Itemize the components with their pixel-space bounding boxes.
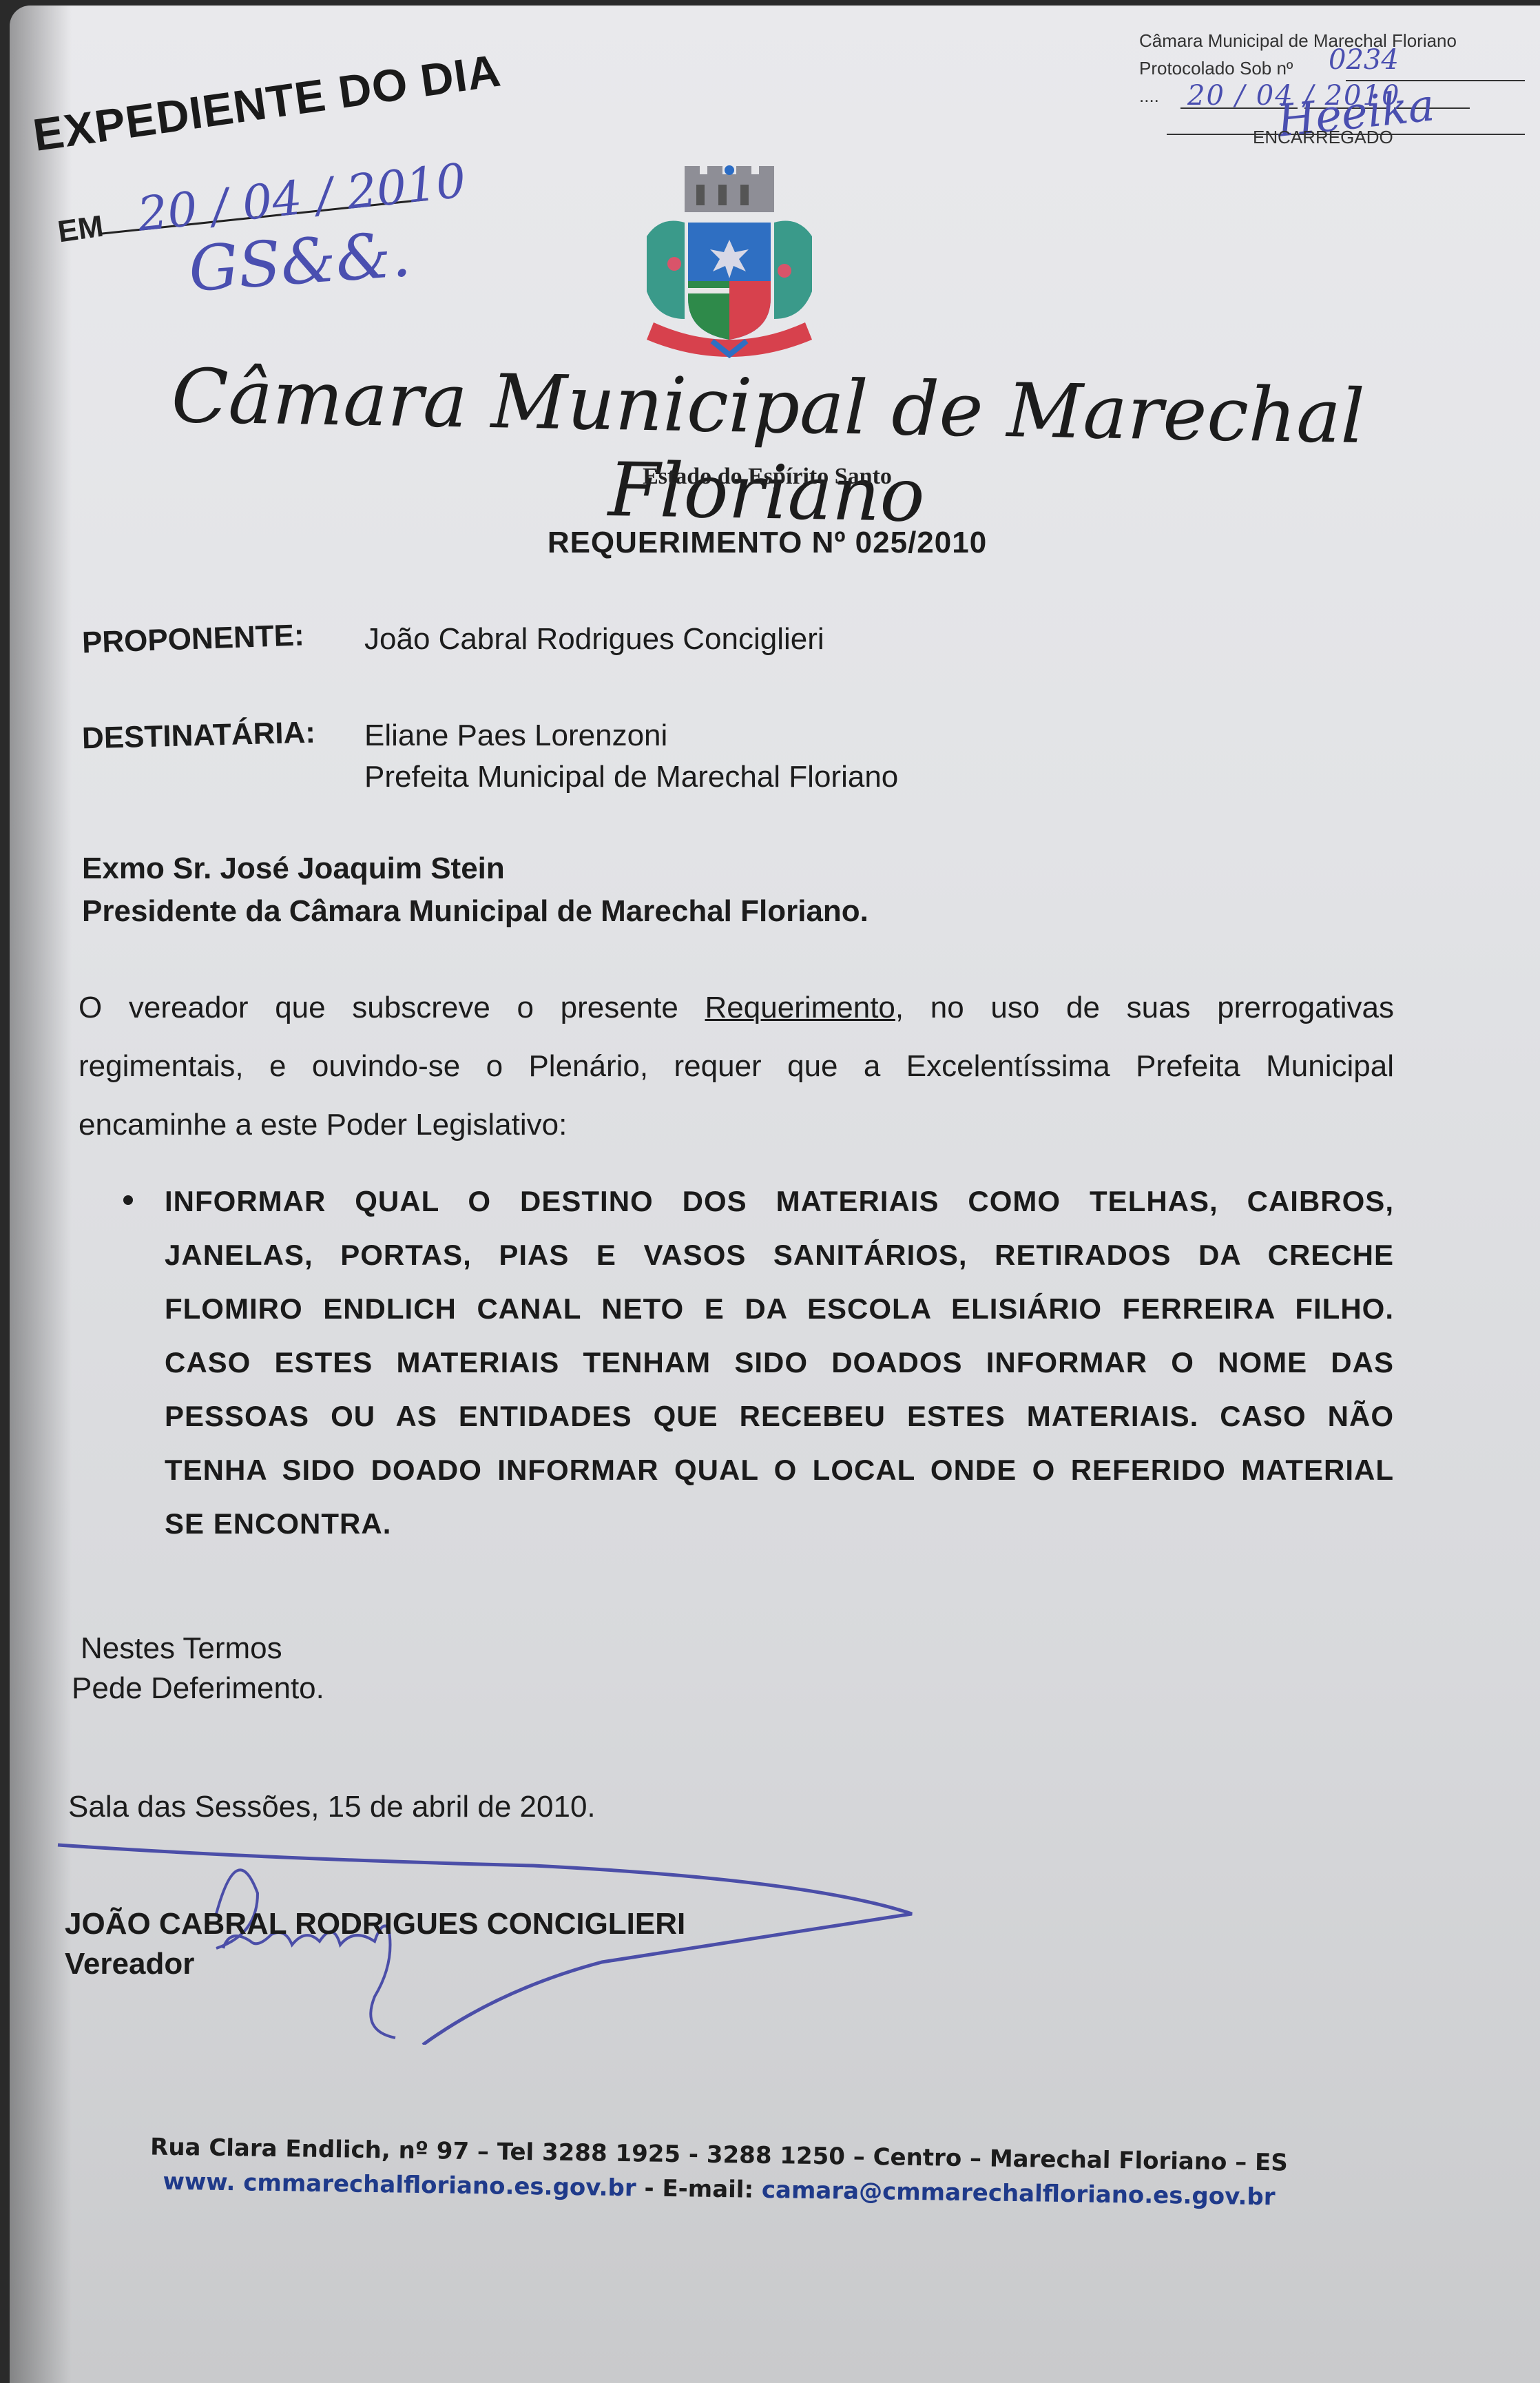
signatory-role: Vereador bbox=[65, 1947, 194, 1981]
requerimento-underlined: Requerimento bbox=[705, 991, 895, 1024]
closing-line-2: Pede Deferimento. bbox=[72, 1671, 324, 1706]
recipient-label: DESTINATÁRIA: bbox=[81, 716, 315, 756]
closing-line-1: Nestes Termos bbox=[81, 1631, 282, 1666]
organization-name: Câmara Municipal de Marechal Floriano bbox=[112, 352, 1423, 547]
protocol-role-label: ENCARREGADO bbox=[1253, 127, 1393, 148]
request-item-line: CASO ESTES MATERIAIS TENHAM SIDO DOADOS … bbox=[165, 1346, 1394, 1379]
place-date: Sala das Sessões, 15 de abril de 2010. bbox=[68, 1790, 596, 1824]
request-item-line: FLOMIRO ENDLICH CANAL NETO E DA ESCOLA E… bbox=[165, 1292, 1394, 1325]
body-line-3: encaminhe a este Poder Legislativo: bbox=[79, 1108, 1394, 1142]
website-link[interactable]: www. cmmarechalfloriano.es.gov.br bbox=[163, 2168, 636, 2203]
document-page: EXPEDIENTE DO DIA EM 20 / 04 / 2010 GS&&… bbox=[10, 6, 1540, 2383]
addressee-name: Exmo Sr. José Joaquim Stein bbox=[82, 852, 505, 886]
email-link[interactable]: camara@cmmarechalfloriano.es.gov.br bbox=[762, 2176, 1276, 2211]
request-item-line: SE ENCONTRA. bbox=[165, 1507, 1394, 1540]
stamp-title: EXPEDIENTE DO DIA bbox=[30, 43, 503, 161]
protocol-org: Câmara Municipal de Marechal Floriano bbox=[1139, 30, 1457, 51]
protocol-label: Protocolado Sob nº bbox=[1139, 58, 1293, 79]
proponent-name: João Cabral Rodrigues Conciglieri bbox=[364, 622, 824, 657]
proponent-label: PROPONENTE: bbox=[81, 618, 304, 660]
body-line-1: O vereador que subscreve o presente Requ… bbox=[79, 991, 1394, 1025]
stamp-em-label: EM bbox=[56, 209, 105, 250]
addressee-title: Presidente da Câmara Municipal de Marech… bbox=[82, 894, 868, 929]
body-line-2: regimentais, e ouvindo-se o Plenário, re… bbox=[79, 1049, 1394, 1084]
bullet-icon bbox=[123, 1195, 133, 1205]
request-item-line: PESSOAS OU AS ENTIDADES QUE RECEBEU ESTE… bbox=[165, 1400, 1394, 1433]
request-item-line: TENHA SIDO DOADO INFORMAR QUAL O LOCAL O… bbox=[165, 1454, 1394, 1487]
protocol-number: 0234 bbox=[1329, 44, 1399, 76]
signatory-name: JOÃO CABRAL RODRIGUES CONCIGLIERI bbox=[65, 1907, 685, 1941]
state-name: Estado do Espírito Santo bbox=[113, 464, 1422, 490]
request-item-line: INFORMAR QUAL O DESTINO DOS MATERIAIS CO… bbox=[165, 1185, 1394, 1218]
document-title: REQUERIMENTO Nº 025/2010 bbox=[113, 526, 1422, 560]
coat-of-arms-icon bbox=[633, 161, 826, 360]
recipient-title: Prefeita Municipal de Marechal Floriano bbox=[364, 760, 898, 794]
request-item-line: JANELAS, PORTAS, PIAS E VASOS SANITÁRIOS… bbox=[165, 1239, 1394, 1272]
handwritten-initials: GS&&. bbox=[187, 218, 413, 306]
recipient-name: Eliane Paes Lorenzoni bbox=[364, 719, 667, 753]
